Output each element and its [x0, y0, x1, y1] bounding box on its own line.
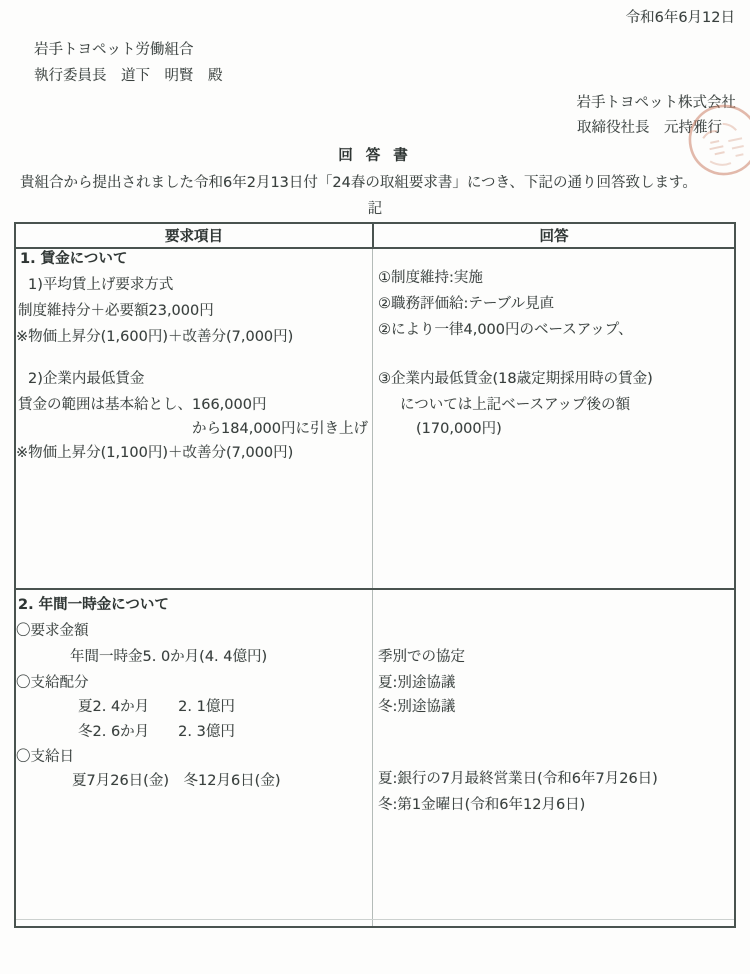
- recipient-person: 執行委員長 道下 明賢 殿: [34, 67, 223, 86]
- request-line: 夏7月26日(金) 冬12月6日(金): [72, 772, 280, 791]
- column-header-answer: 回答: [374, 224, 734, 247]
- answer-line: ①制度維持:実施: [378, 269, 483, 288]
- answer-line: 夏:別途協議: [378, 674, 455, 693]
- document-title: 回 答 書: [0, 147, 750, 166]
- table-bottom-inner-line: [16, 919, 734, 920]
- request-heading-wages: 1. 賃金について: [20, 250, 127, 269]
- notation-ki: 記: [0, 200, 750, 219]
- column-header-request: 要求項目: [16, 224, 374, 247]
- row-divider: [16, 588, 734, 590]
- response-table: 要求項目 回答 1. 賃金について 1)平均賃上げ要求方式 制度維持分＋必要額2…: [14, 222, 736, 928]
- request-line: ※物価上昇分(1,600円)＋改善分(7,000円): [16, 328, 293, 347]
- sender-company: 岩手トヨペット株式会社: [577, 94, 737, 113]
- document-date: 令和6年6月12日: [626, 9, 735, 28]
- intro-sentence: 貴組合から提出されました令和6年2月13日付「24春の取組要求書」につき、下記の…: [20, 174, 697, 193]
- request-line: 〇支給配分: [16, 674, 89, 693]
- answer-line: 季別での協定: [378, 648, 465, 667]
- request-line: 賃金の範囲は基本給とし、166,000円: [18, 396, 266, 415]
- request-line: 2)企業内最低賃金: [28, 370, 144, 389]
- request-line: 冬2. 6か月 2. 3億円: [78, 723, 235, 742]
- answer-line: (170,000円): [416, 420, 502, 439]
- answer-line: ③企業内最低賃金(18歳定期採用時の賃金): [378, 370, 653, 389]
- answer-line: 夏:銀行の7月最終営業日(令和6年7月26日): [378, 770, 658, 789]
- answer-line: ②職務評価給:テーブル見直: [378, 295, 554, 314]
- request-line: 〇支給日: [16, 748, 74, 767]
- request-line: 制度維持分＋必要額23,000円: [18, 302, 214, 321]
- request-line: 夏2. 4か月 2. 1億円: [78, 698, 235, 717]
- answer-line: 冬:第1金曜日(令和6年12月6日): [378, 796, 585, 815]
- table-header-row: 要求項目 回答: [16, 224, 734, 249]
- request-heading-bonus: 2. 年間一時金について: [18, 596, 169, 615]
- request-line: ※物価上昇分(1,100円)＋改善分(7,000円): [16, 444, 293, 463]
- request-line: 〇要求金額: [16, 622, 89, 641]
- answer-line: については上記ベースアップ後の額: [400, 396, 630, 415]
- request-line: 1)平均賃上げ要求方式: [28, 276, 173, 295]
- sender-person: 取締役社長 元持雅行: [577, 119, 722, 138]
- answer-line: 冬:別途協議: [378, 698, 455, 717]
- request-line: 年間一時金5. 0か月(4. 4億円): [70, 648, 267, 667]
- scanned-response-letter: 令和6年6月12日 岩手トヨペット労働組合 執行委員長 道下 明賢 殿 岩手トヨ…: [0, 0, 750, 974]
- recipient-organization: 岩手トヨペット労働組合: [34, 41, 194, 60]
- answer-line: ②により一律4,000円のベースアップ、: [378, 321, 633, 340]
- request-line: から184,000円に引き上げ: [16, 420, 368, 439]
